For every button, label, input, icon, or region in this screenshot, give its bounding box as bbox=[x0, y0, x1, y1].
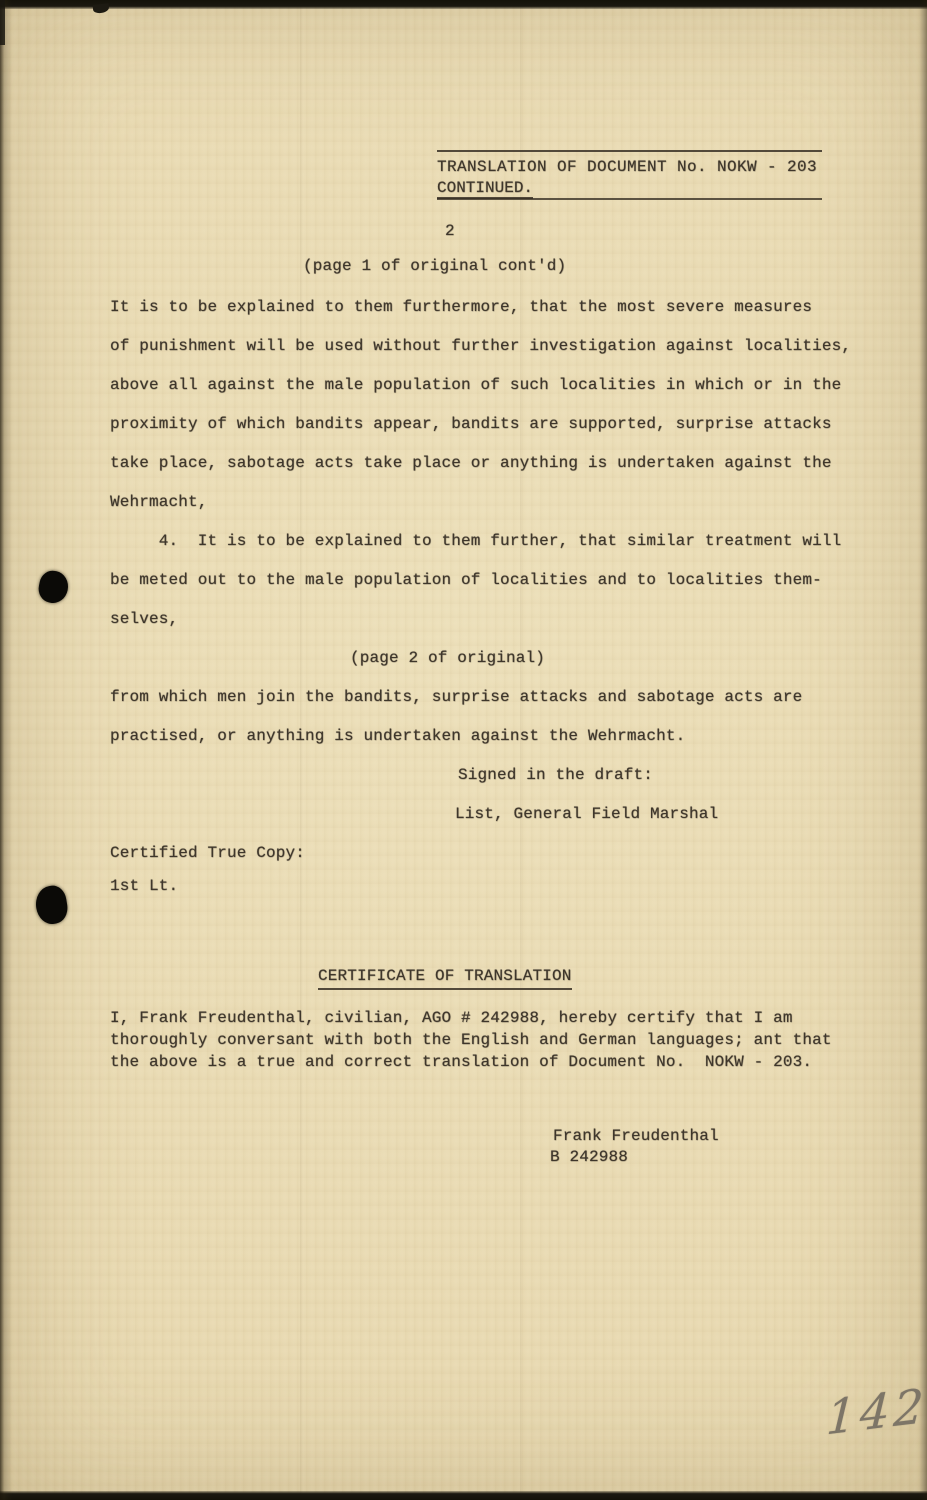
body-line: take place, sabotage acts take place or … bbox=[110, 453, 832, 473]
header-continued-label: CONTINUED. bbox=[437, 179, 533, 199]
certificate-title: CERTIFICATE OF TRANSLATION bbox=[318, 966, 572, 990]
body-line: Wehrmacht, bbox=[110, 492, 208, 512]
scan-edge-bottom bbox=[0, 1491, 927, 1500]
header-title: TRANSLATION OF DOCUMENT No. NOKW - 203 bbox=[437, 156, 822, 178]
signed-in-draft-line: Signed in the draft: bbox=[458, 765, 653, 785]
document-header: TRANSLATION OF DOCUMENT No. NOKW - 203 C… bbox=[437, 150, 822, 200]
scan-edge-right bbox=[919, 0, 927, 1500]
body-line: from which men join the bandits, surpris… bbox=[110, 687, 802, 707]
body-line: It is to be explained to them furthermor… bbox=[110, 297, 812, 317]
signatory-line: List, General Field Marshal bbox=[455, 804, 718, 824]
certified-true-copy-line: Certified True Copy: bbox=[110, 843, 305, 863]
body-line: selves, bbox=[110, 609, 178, 629]
scan-edge-left bbox=[0, 0, 12, 1500]
paper-crease bbox=[300, 0, 303, 1500]
punch-hole-bottom bbox=[33, 884, 70, 926]
body-line: of punishment will be used without furth… bbox=[110, 336, 851, 356]
paper-crease bbox=[520, 0, 523, 1500]
scan-edge-top bbox=[0, 0, 927, 9]
page2-heading: (page 2 of original) bbox=[350, 648, 545, 668]
page1-heading: (page 1 of original cont'd) bbox=[303, 256, 566, 276]
sheet-number: 2 bbox=[445, 221, 455, 241]
certifier-rank-line: 1st Lt. bbox=[110, 876, 178, 896]
body-line: be meted out to the male population of l… bbox=[110, 570, 822, 590]
certificate-line: thoroughly conversant with both the Engl… bbox=[110, 1030, 832, 1050]
translator-number: B 242988 bbox=[550, 1147, 628, 1167]
body-line: practised, or anything is undertaken aga… bbox=[110, 726, 685, 746]
certificate-line: the above is a true and correct translat… bbox=[110, 1052, 812, 1072]
punch-hole-top bbox=[36, 568, 71, 605]
handwritten-page-number: 142 bbox=[825, 1378, 927, 1446]
body-line: 4. It is to be explained to them further… bbox=[110, 531, 841, 551]
certificate-line: I, Frank Freudenthal, civilian, AGO # 24… bbox=[110, 1008, 793, 1028]
translator-name: Frank Freudenthal bbox=[553, 1126, 719, 1146]
scan-corner-artifact bbox=[0, 0, 5, 45]
document-scan-page: TRANSLATION OF DOCUMENT No. NOKW - 203 C… bbox=[0, 0, 927, 1500]
scan-artifact-mark bbox=[93, 3, 110, 14]
body-line: above all against the male population of… bbox=[110, 375, 841, 395]
body-line: proximity of which bandits appear, bandi… bbox=[110, 414, 832, 434]
